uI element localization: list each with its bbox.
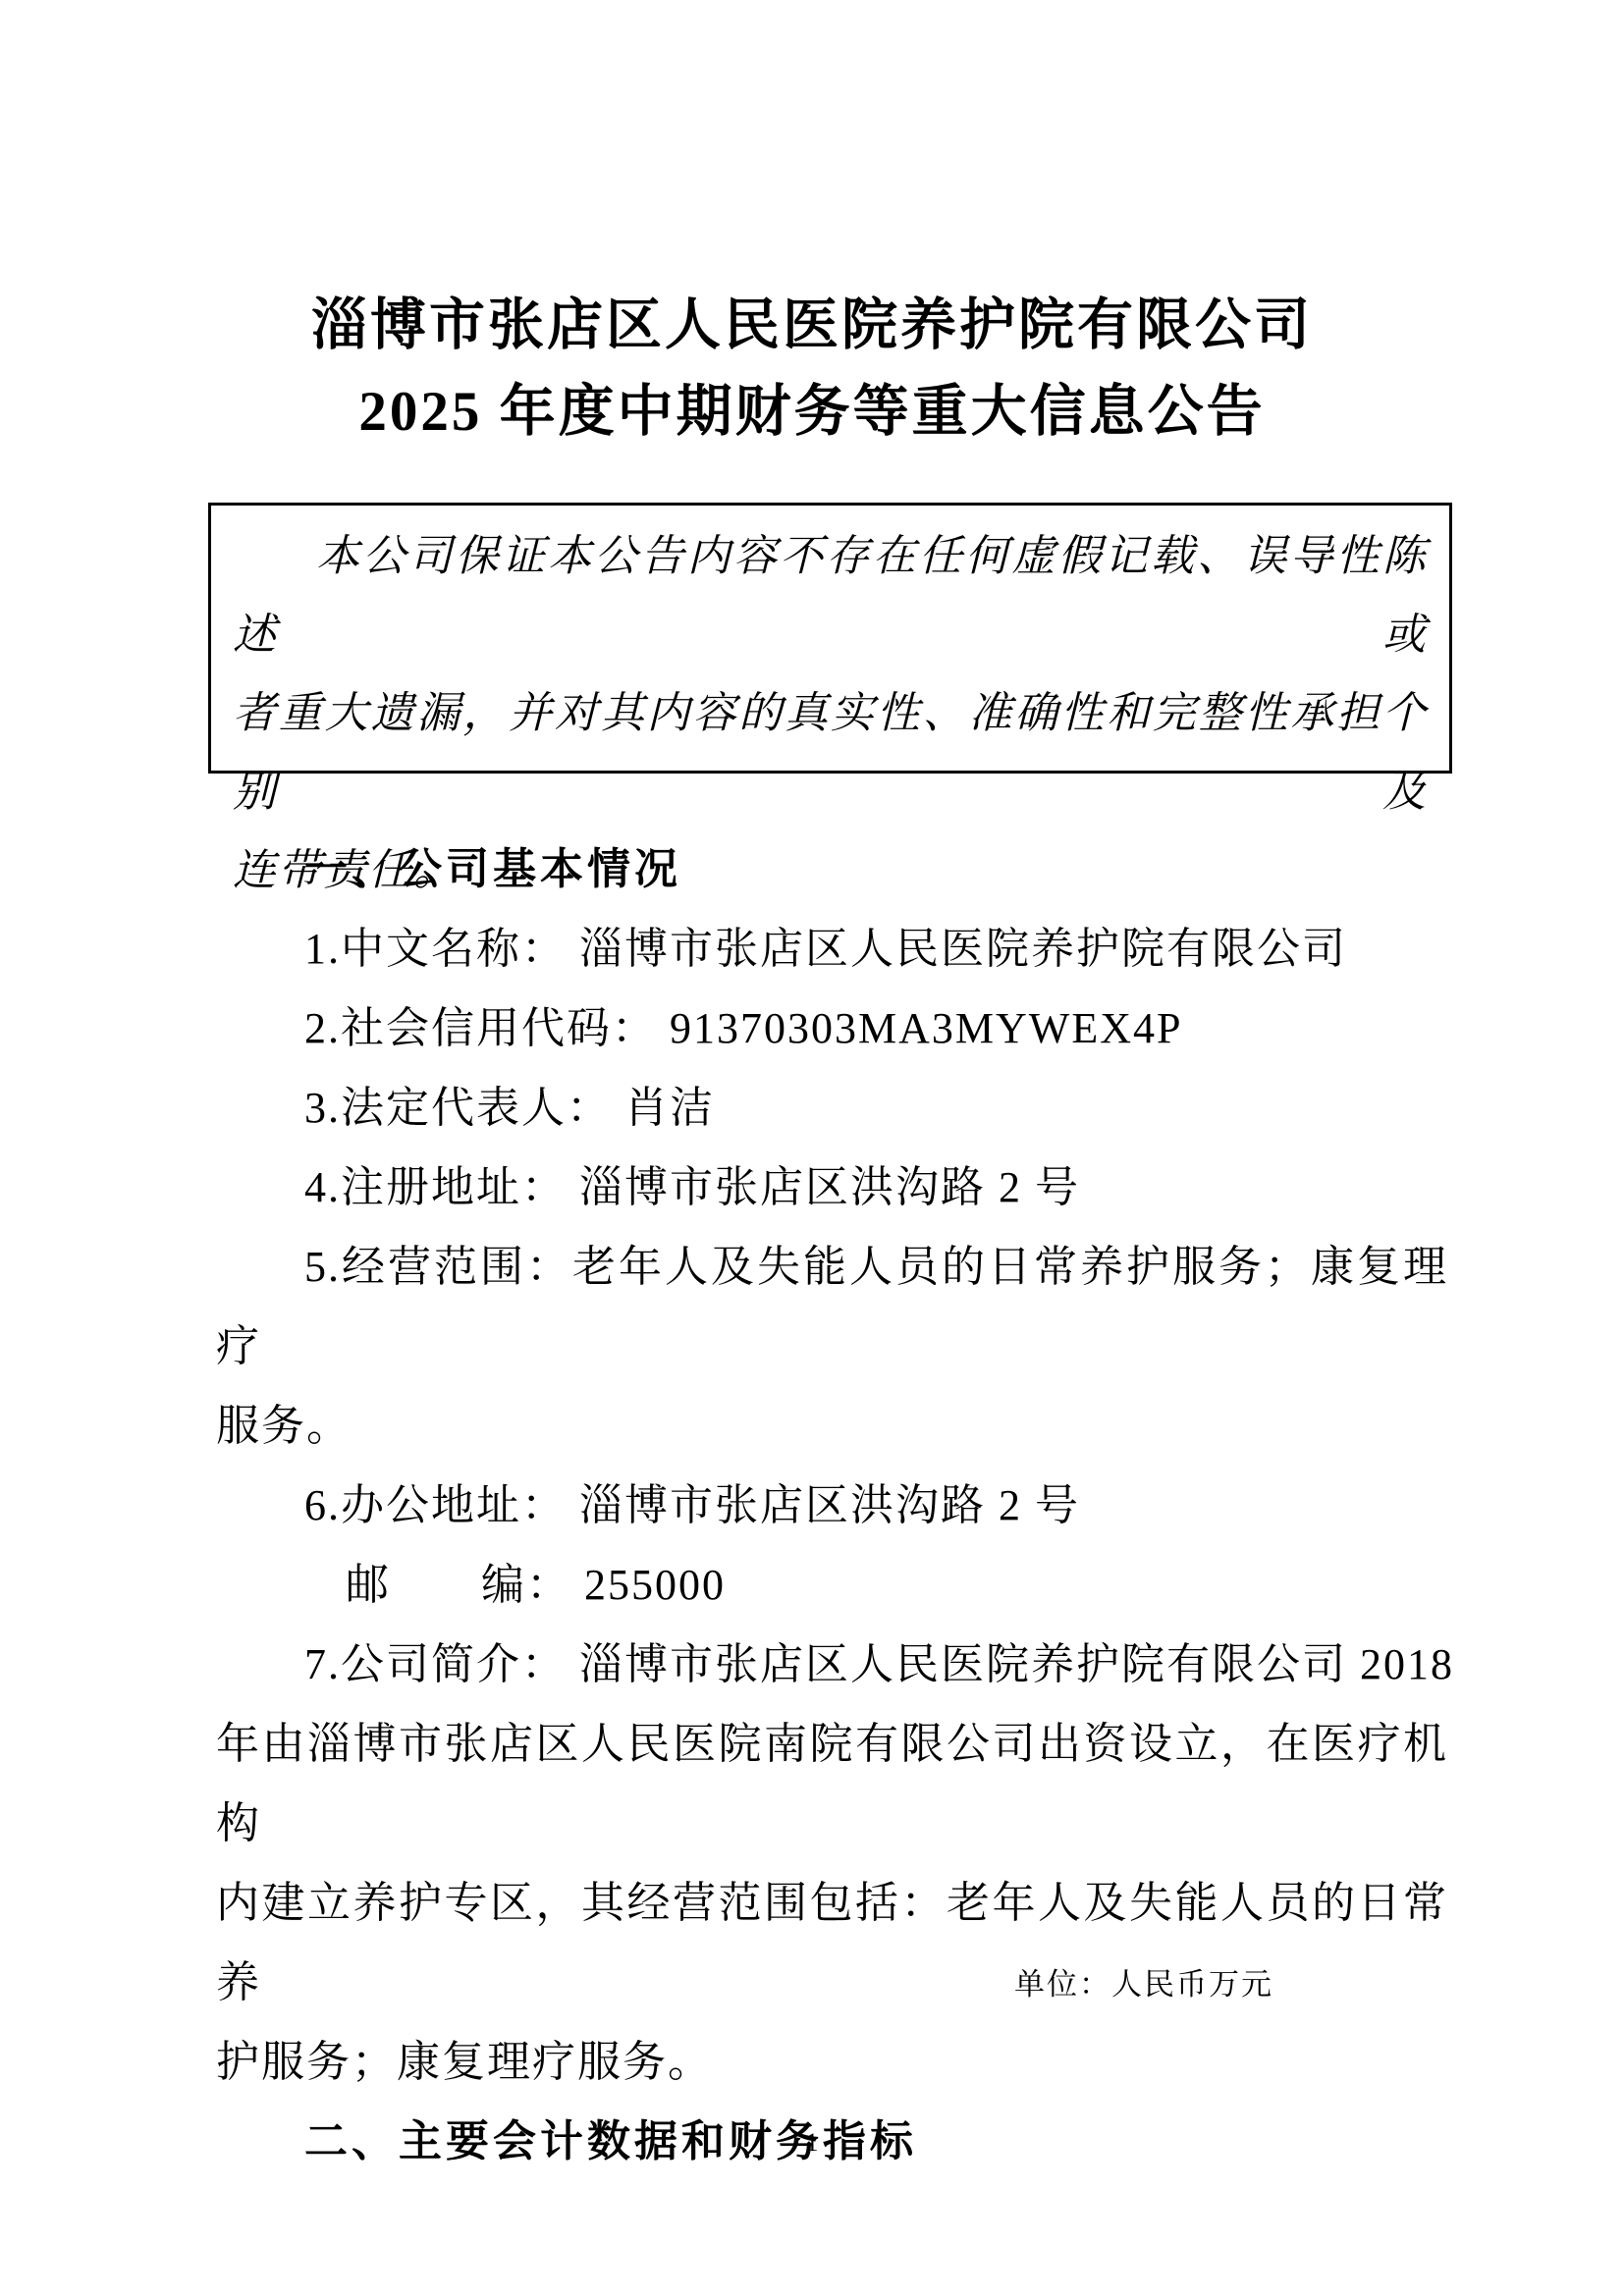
item-registered-address: 4.注册地址： 淄博市张店区洪沟路 2 号 (216, 1148, 1448, 1227)
disclaimer-line-1: 本公司保证本公告内容不存在任何虚假记载、误导性陈述或 (233, 517, 1428, 674)
disclaimer-box: 本公司保证本公告内容不存在任何虚假记载、误导性陈述或 者重大遗漏，并对其内容的真… (208, 503, 1452, 774)
item-business-scope-line-2: 服务。 (216, 1386, 1448, 1466)
section1-heading: 一、公司基本情况 (216, 829, 1448, 909)
item-company-profile-line-1: 7.公司简介： 淄博市张店区人民医院养护院有限公司 2018 (216, 1625, 1448, 1704)
item-company-profile-line-2: 年由淄博市张店区人民医院南院有限公司出资设立，在医疗机构 (216, 1704, 1448, 1863)
document-title: 淄博市张店区人民医院养护院有限公司 2025 年度中期财务等重大信息公告 (0, 283, 1624, 455)
item-business-scope-line-1: 5.经营范围：老年人及失能人员的日常养护服务；康复理疗 (216, 1227, 1448, 1386)
item-legal-representative: 3.法定代表人： 肖洁 (216, 1068, 1448, 1148)
page-number: 1 (0, 2128, 1624, 2158)
title-line-1: 淄博市张店区人民医院养护院有限公司 (0, 283, 1624, 369)
item-credit-code: 2.社会信用代码： 91370303MA3MYWEX4P (216, 988, 1448, 1068)
document-page: 淄博市张店区人民医院养护院有限公司 2025 年度中期财务等重大信息公告 本公司… (0, 0, 1624, 2296)
item-chinese-name: 1.中文名称： 淄博市张店区人民医院养护院有限公司 (216, 909, 1448, 988)
title-line-2: 2025 年度中期财务等重大信息公告 (0, 369, 1624, 455)
unit-note: 单位：人民币万元 (1014, 1959, 1273, 2003)
item-postal-code: 邮 编： 255000 (216, 1545, 1448, 1625)
disclaimer-line-2: 者重大遗漏，并对其内容的真实性、准确性和完整性承担个别及 (233, 674, 1428, 831)
item-company-profile-line-4: 护服务；康复理疗服务。 (216, 2022, 1448, 2102)
item-office-address: 6.办公地址： 淄博市张店区洪沟路 2 号 (216, 1466, 1448, 1545)
